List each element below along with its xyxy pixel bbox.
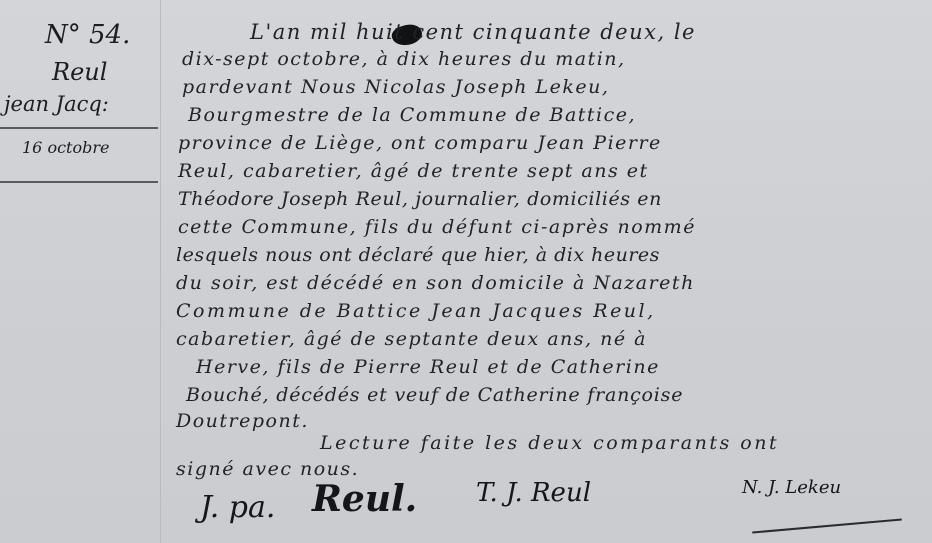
body-line: Herve, fils de Pierre Reul et de Catheri… bbox=[196, 356, 660, 378]
body-line: cette Commune, fils du défunt ci-après n… bbox=[178, 216, 696, 238]
record-number: N° 54. bbox=[45, 20, 130, 50]
body-line: du soir, est décédé en son domicile à Na… bbox=[176, 272, 695, 294]
body-line: Reul, cabaretier, âgé de trente sept ans… bbox=[178, 160, 649, 182]
document-page: N° 54. Reul jean Jacq: 16 octobre L'an m… bbox=[0, 0, 932, 543]
signature-2: T. J. Reul bbox=[476, 478, 591, 508]
margin-column: N° 54. Reul jean Jacq: 16 octobre bbox=[0, 0, 162, 543]
body-line: Bourgmestre de la Commune de Battice, bbox=[188, 104, 636, 126]
signature-1-prefix: J. pa. bbox=[200, 490, 275, 525]
body-line: Commune de Battice Jean Jacques Reul, bbox=[176, 300, 656, 322]
body-line: cabaretier, âgé de septante deux ans, né… bbox=[176, 328, 647, 350]
body-line: Théodore Joseph Reul, journalier, domici… bbox=[178, 188, 662, 210]
margin-given-name: jean Jacq: bbox=[4, 92, 109, 116]
body-line: dix-sept octobre, à dix heures du matin, bbox=[182, 48, 626, 70]
body-line: signé avec nous. bbox=[176, 458, 359, 480]
margin-rule bbox=[160, 0, 161, 543]
body-line: pardevant Nous Nicolas Joseph Lekeu, bbox=[182, 76, 609, 98]
margin-surname: Reul bbox=[52, 58, 107, 86]
margin-divider-bottom bbox=[0, 181, 158, 183]
body-line: province de Liège, ont comparu Jean Pier… bbox=[178, 132, 662, 154]
signature-1-name: Reul. bbox=[312, 478, 417, 520]
body-line: Lecture faite les deux comparants ont bbox=[320, 432, 779, 454]
record-body: L'an mil huit cent cinquante deux, le di… bbox=[170, 0, 920, 543]
body-line: Bouché, décédés et veuf de Catherine fra… bbox=[186, 384, 683, 406]
margin-divider-top bbox=[0, 127, 158, 129]
body-line: lesquels nous ont déclaré que hier, à di… bbox=[176, 244, 660, 266]
signature-mayor: N. J. Lekeu bbox=[742, 477, 841, 498]
body-line: L'an mil huit cent cinquante deux, le bbox=[250, 20, 696, 44]
body-line: Doutrepont. bbox=[176, 410, 309, 432]
margin-date: 16 octobre bbox=[22, 138, 109, 157]
